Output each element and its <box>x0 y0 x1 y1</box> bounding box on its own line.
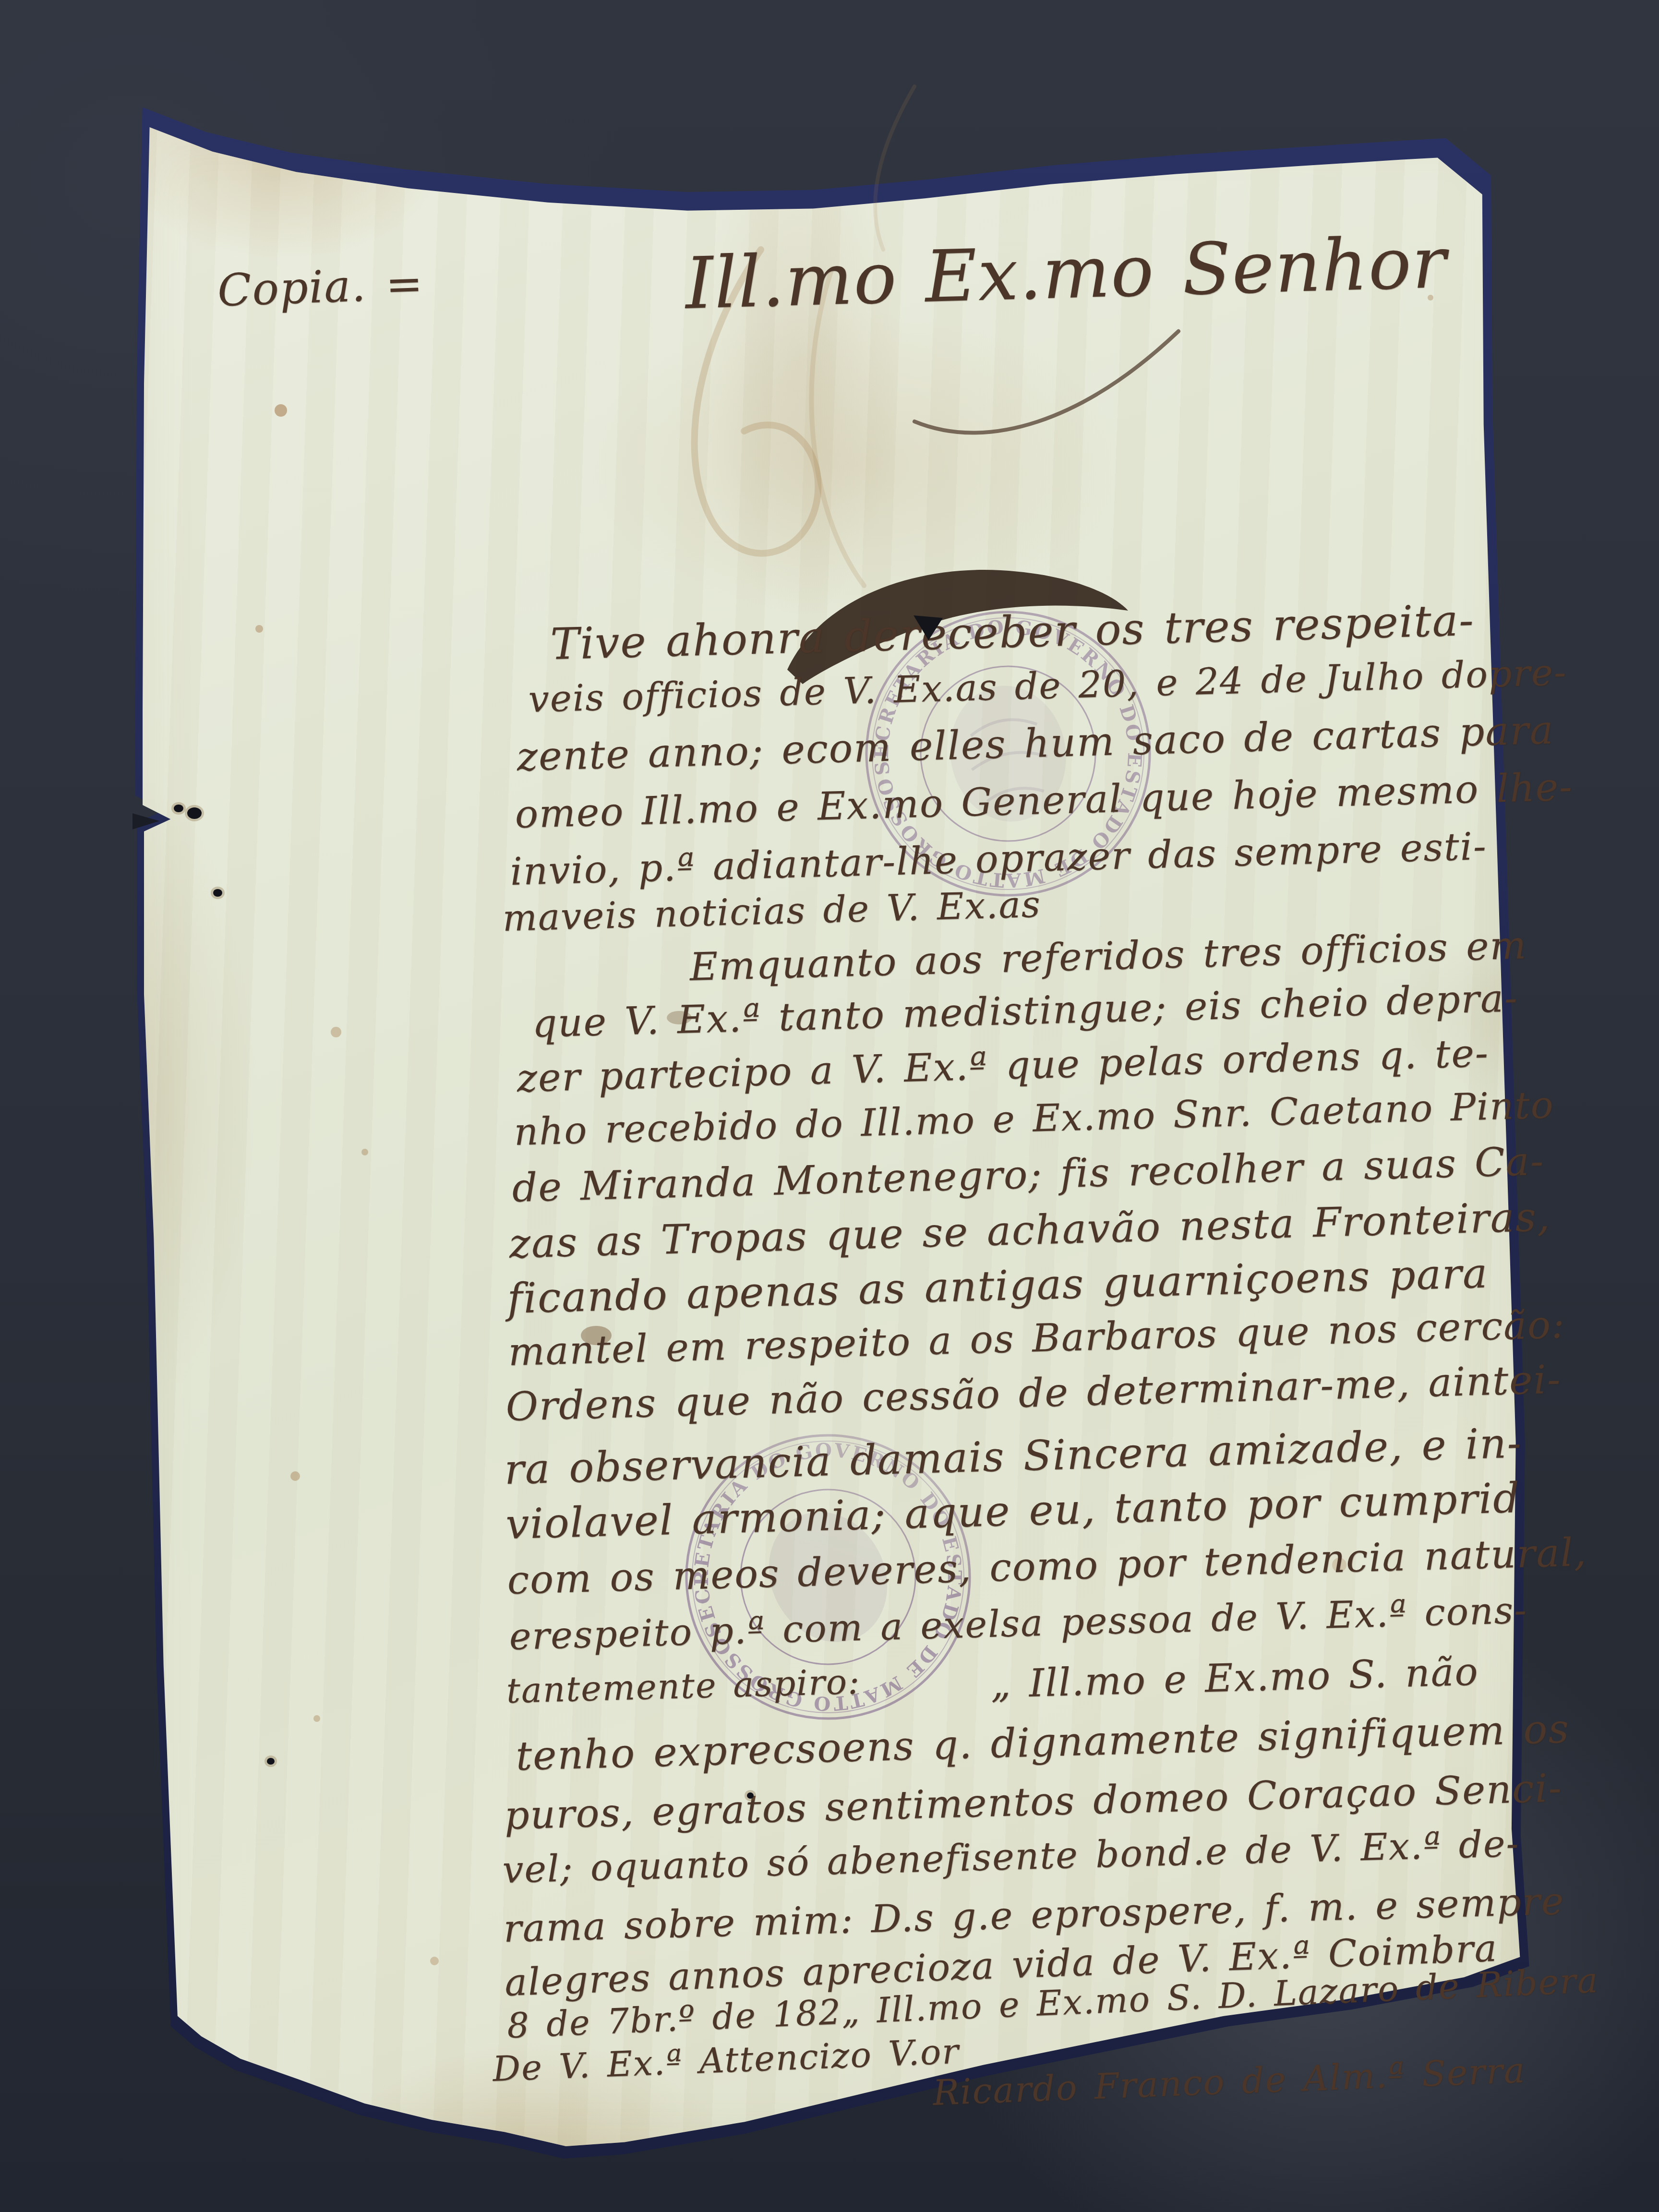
manuscript-line: tantemente aspiro: <box>506 1661 861 1711</box>
photo-backdrop: SECRETARIA DO GOVERNO DO ESTADO DE MATTO… <box>0 0 1659 2212</box>
paper-hole <box>267 1758 275 1765</box>
manuscript-line: tenho exprecsoens q. dignamente signifiq… <box>515 1706 1570 1779</box>
paper-hole <box>747 1792 754 1799</box>
manuscript-line: „ Ill.mo e Ex.mo S. não <box>990 1649 1479 1707</box>
salutation: Ill.mo Ex.mo Senhor <box>684 221 1448 325</box>
paper-hole <box>174 805 183 812</box>
paper-hole <box>187 807 202 819</box>
signature: Ricardo Franco de Alm.ª Serra <box>932 2050 1527 2114</box>
paper-hole <box>213 889 222 897</box>
copy-label: Copia. = <box>216 258 424 316</box>
manuscript-text-layer: Copia. =Ill.mo Ex.mo SenhorTive ahonra d… <box>0 0 1659 2212</box>
manuscript-line: erespeito p.ª com a exelsa pessoa de V. … <box>509 1589 1528 1659</box>
